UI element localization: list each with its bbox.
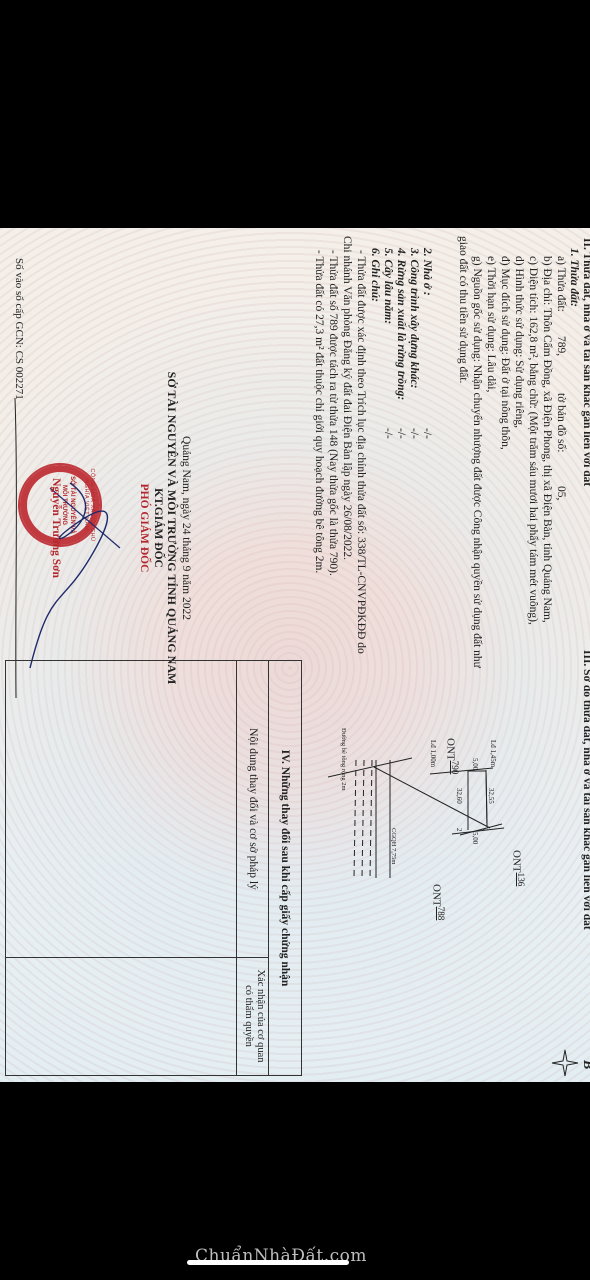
changes-table: IV. Những thay đổi sau khi cấp giấy chứn… bbox=[5, 660, 302, 1076]
point-1: 1 bbox=[478, 828, 492, 832]
rotated-document: II. Thửa đất, nhà ở và tài sản khác gắn … bbox=[0, 228, 590, 1082]
dim-top: 32,55 bbox=[484, 788, 498, 804]
col-confirmation: Xác nhận của cơ quan có thẩm quyền bbox=[242, 957, 266, 1075]
neighbor-790: ONT790 bbox=[443, 738, 462, 774]
table-divider bbox=[6, 957, 269, 958]
dim-bottom: 32,60 bbox=[452, 788, 466, 804]
changes-table-subheader: Nội dung thay đổi và cơ sở pháp lý Xác n… bbox=[236, 661, 269, 1075]
corridor-label: CGQH 7,75m bbox=[386, 828, 400, 864]
neighbor-136: ONT136 bbox=[509, 850, 528, 886]
neighbor-788: ONT788 bbox=[429, 884, 448, 920]
dim-left: 5,00 bbox=[468, 758, 482, 770]
site-watermark: ChuẩnNhàĐất.com bbox=[195, 1246, 367, 1266]
watermark-strike bbox=[187, 1260, 349, 1265]
section4-heading: IV. Những thay đổi sau khi cấp giấy chứn… bbox=[278, 661, 292, 1075]
col-confirmation-line1: Xác nhận của cơ quan bbox=[254, 957, 266, 1075]
road-label: Đường bê tông rộng 2m bbox=[336, 728, 350, 791]
col-changes: Nội dung thay đổi và cơ sở pháp lý bbox=[246, 661, 260, 957]
dim-right: 5,00 bbox=[468, 832, 482, 844]
setback-2: Lđ 1,00m bbox=[426, 740, 440, 767]
certificate-page: II. Thửa đất, nhà ở và tài sản khác gắn … bbox=[0, 228, 590, 1082]
changes-table-header: IV. Những thay đổi sau khi cấp giấy chứn… bbox=[268, 661, 301, 1075]
col-confirmation-line2: có thẩm quyền bbox=[242, 957, 254, 1075]
setback-1: Lđ 1,45m bbox=[486, 740, 500, 767]
point-2: 2 bbox=[452, 828, 466, 832]
